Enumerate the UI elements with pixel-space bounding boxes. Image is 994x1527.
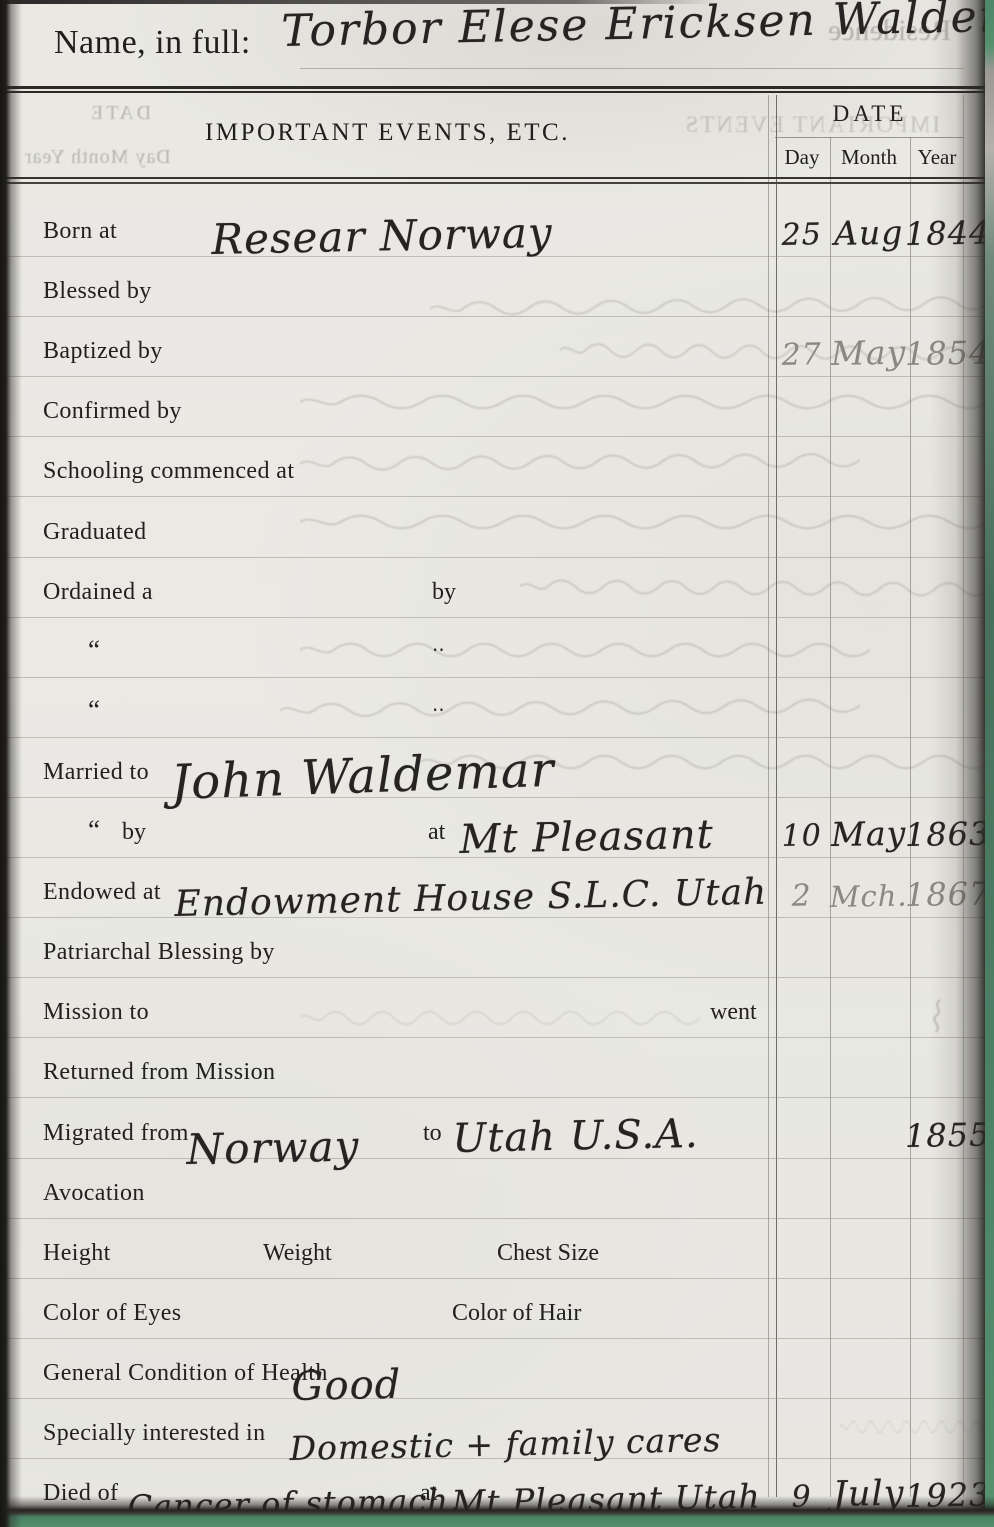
row-label: Endowed at [43,879,161,906]
handwritten-entry: Mt Pleasant [459,812,714,863]
table-row: Color of Eyes Color of Hair [0,1279,994,1339]
table-row: Born at Resear Norway 25 Aug 1844 [0,197,994,257]
table-row: Married to John Waldemar [0,738,994,798]
ditto-mark: “ [88,635,100,666]
row-sublabel: by [122,819,146,846]
heavy-rule [0,86,994,89]
table-row: Baptized by 27 May 1854 [0,317,994,377]
month-column-header: Month [830,145,908,170]
ditto-mark: ‥ [432,694,445,717]
table-row: Died of Cancer of stomach, at Mt Pleasan… [0,1459,994,1519]
row-label: Blessed by [43,278,152,305]
row-sublabel: by [432,579,456,606]
row-sublabel: at [428,819,445,846]
table-row: Blessed by [0,257,994,317]
table-row: Patriarchal Blessing by [0,918,994,978]
row-label: Schooling commenced at [43,458,294,485]
row-label: Migrated from [43,1120,189,1147]
table-header: IMPORTANT EVENTS, ETC. DATE Day Month Ye… [0,95,994,185]
handwritten-entry: Cancer of stomach, [127,1481,460,1526]
events-table: Born at Resear Norway 25 Aug 1844 Blesse… [0,197,994,1519]
row-label: Baptized by [43,338,163,365]
date-year: 1863 [903,815,992,855]
row-label: General Condition of Health [43,1360,328,1387]
table-row: Specially interested in Domestic + famil… [0,1399,994,1459]
ruled-line [775,137,963,138]
row-label: Height [43,1240,111,1267]
table-row: Mission to went [0,978,994,1038]
ditto-mark: ‥ [432,634,445,657]
ruled-line [300,68,964,69]
row-label: Avocation [43,1180,145,1207]
row-label: Died of [43,1480,118,1507]
row-label: Confirmed by [43,398,182,425]
date-year: 1854 [903,334,992,374]
table-row: Endowed at Endowment House S.L.C. Utah 2… [0,858,994,918]
heavy-rule [0,177,994,179]
table-row: Avocation [0,1159,994,1219]
table-row: Migrated from Norway to Utah U.S.A. 1855 [0,1098,994,1158]
row-label: Patriarchal Blessing by [43,939,275,966]
row-label: Ordained a [43,579,153,606]
row-label: Specially interested in [43,1420,265,1447]
row-sublabel: Color of Hair [452,1300,581,1327]
table-row: Ordained a by [0,558,994,618]
date-month: May [827,333,910,373]
handwritten-entry: Utah U.S.A. [452,1110,699,1161]
row-sublabel: to [423,1120,442,1147]
table-row: Schooling commenced at [0,437,994,497]
year-column-header: Year [908,145,966,170]
name-label: Name, in full: [54,24,251,62]
date-year: 1867 [903,875,992,915]
row-sublabel: Chest Size [497,1240,599,1267]
handwritten-entry: Endowment House S.L.C. Utah [174,872,768,925]
date-day: 27 [775,337,828,373]
name-value: Torbor Elese Ericksen Waldemar [281,0,994,57]
date-year: 1844 [903,214,992,254]
row-sublabel: at [420,1480,437,1507]
row-label: Color of Eyes [43,1300,182,1327]
date-month: July [827,1474,910,1515]
row-sublabel: Weight [263,1240,332,1267]
date-day: 9 [775,1479,828,1515]
table-row: Returned from Mission [0,1038,994,1098]
date-month: May [827,814,910,854]
ditto-mark: “ [88,695,100,726]
row-label: Born at [43,218,117,245]
events-header: IMPORTANT EVENTS, ETC. [0,119,775,147]
row-label: Returned from Mission [43,1059,275,1086]
date-year: 1923 [903,1476,992,1516]
row-label: Married to [43,759,149,786]
date-header: DATE [775,101,965,127]
date-month: Aug [827,213,910,253]
row-label: Mission to [43,999,149,1026]
date-year: 1855 [903,1115,992,1155]
date-day: 10 [775,818,828,854]
table-row: “ by at Mt Pleasant 10 May 1863 [0,798,994,858]
date-day: 25 [775,217,828,253]
heavy-rule [0,91,994,93]
table-row: Graduated [0,497,994,557]
scanned-record-page: Residence IMPORTANT EVENTS DATE Day Mont… [0,0,994,1527]
table-row: Confirmed by [0,377,994,437]
table-row: “ ‥ [0,618,994,678]
handwritten-entry: Resear Norway [211,208,553,264]
row-sublabel: went [710,999,757,1026]
ditto-mark: “ [88,815,100,846]
table-row: “ ‥ [0,678,994,738]
table-row: General Condition of Health Good [0,1339,994,1399]
table-row: Height Weight Chest Size [0,1219,994,1279]
heavy-rule [0,182,994,184]
name-band: Name, in full: Torbor Elese Ericksen Wal… [0,0,994,92]
day-column-header: Day [776,145,828,170]
date-month: Mch. [827,879,910,914]
date-day: 2 [775,878,828,914]
handwritten-entry: Mt Pleasant Utah [451,1477,761,1522]
row-label: Graduated [43,519,147,546]
